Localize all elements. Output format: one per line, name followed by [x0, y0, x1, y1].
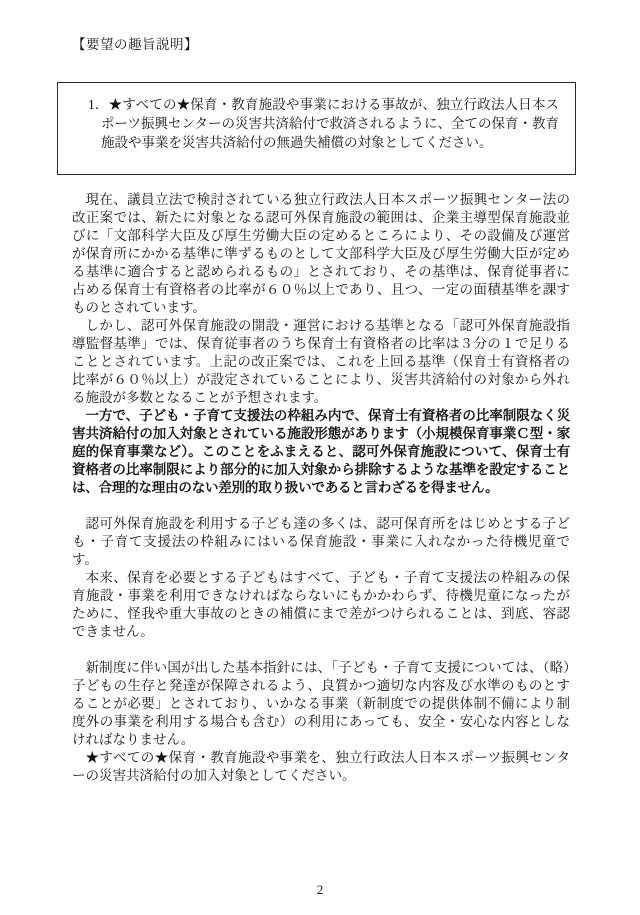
body-paragraph-discrimination-emphasis: 一方で、子ども・子育て支援法の枠組み内で、保育士有資格者の比率制限なく災害共済給…	[72, 407, 570, 497]
body-paragraph-basic-guideline: 新制度に伴い国が出した基本指針には、「子ども・子育て支援については、（略）子ども…	[72, 659, 570, 749]
body-paragraph-compensation-gap: 本来、保育を必要とする子どもはすべて、子ども・子育て支援法の枠組みの保育施設・事…	[72, 569, 570, 641]
body-paragraph-supervision-standard: しかし、認可外保育施設の開設・運営における基準となる「認可外保育施設指導監督基準…	[72, 317, 570, 407]
body-paragraph-current-law: 現在、議員立法で検討されている独立行政法人日本スポーツ振興センター法の改正案では…	[72, 191, 570, 317]
document-page: 【要望の趣旨説明】 1．★すべての★保育・教育施設や事業における事故が、独立行政…	[0, 0, 640, 915]
section-heading: 【要望の趣旨説明】	[72, 36, 570, 54]
body-paragraph-waiting-children: 認可外保育施設を利用する子ども達の多くは、認可保育所をはじめとする子ども・子育て…	[72, 515, 570, 569]
page-number: 2	[0, 881, 640, 899]
body-paragraph-final-request: ★すべての★保育・教育施設や事業を、独立行政法人日本スポーツ振興センターの災害共…	[72, 749, 570, 785]
body-text: 現在、議員立法で検討されている独立行政法人日本スポーツ振興センター法の改正案では…	[72, 191, 570, 785]
request-box: 1．★すべての★保育・教育施設や事業における事故が、独立行政法人日本スポーツ振興…	[57, 82, 576, 175]
request-item-text: 1．★すべての★保育・教育施設や事業における事故が、独立行政法人日本スポーツ振興…	[88, 95, 559, 152]
